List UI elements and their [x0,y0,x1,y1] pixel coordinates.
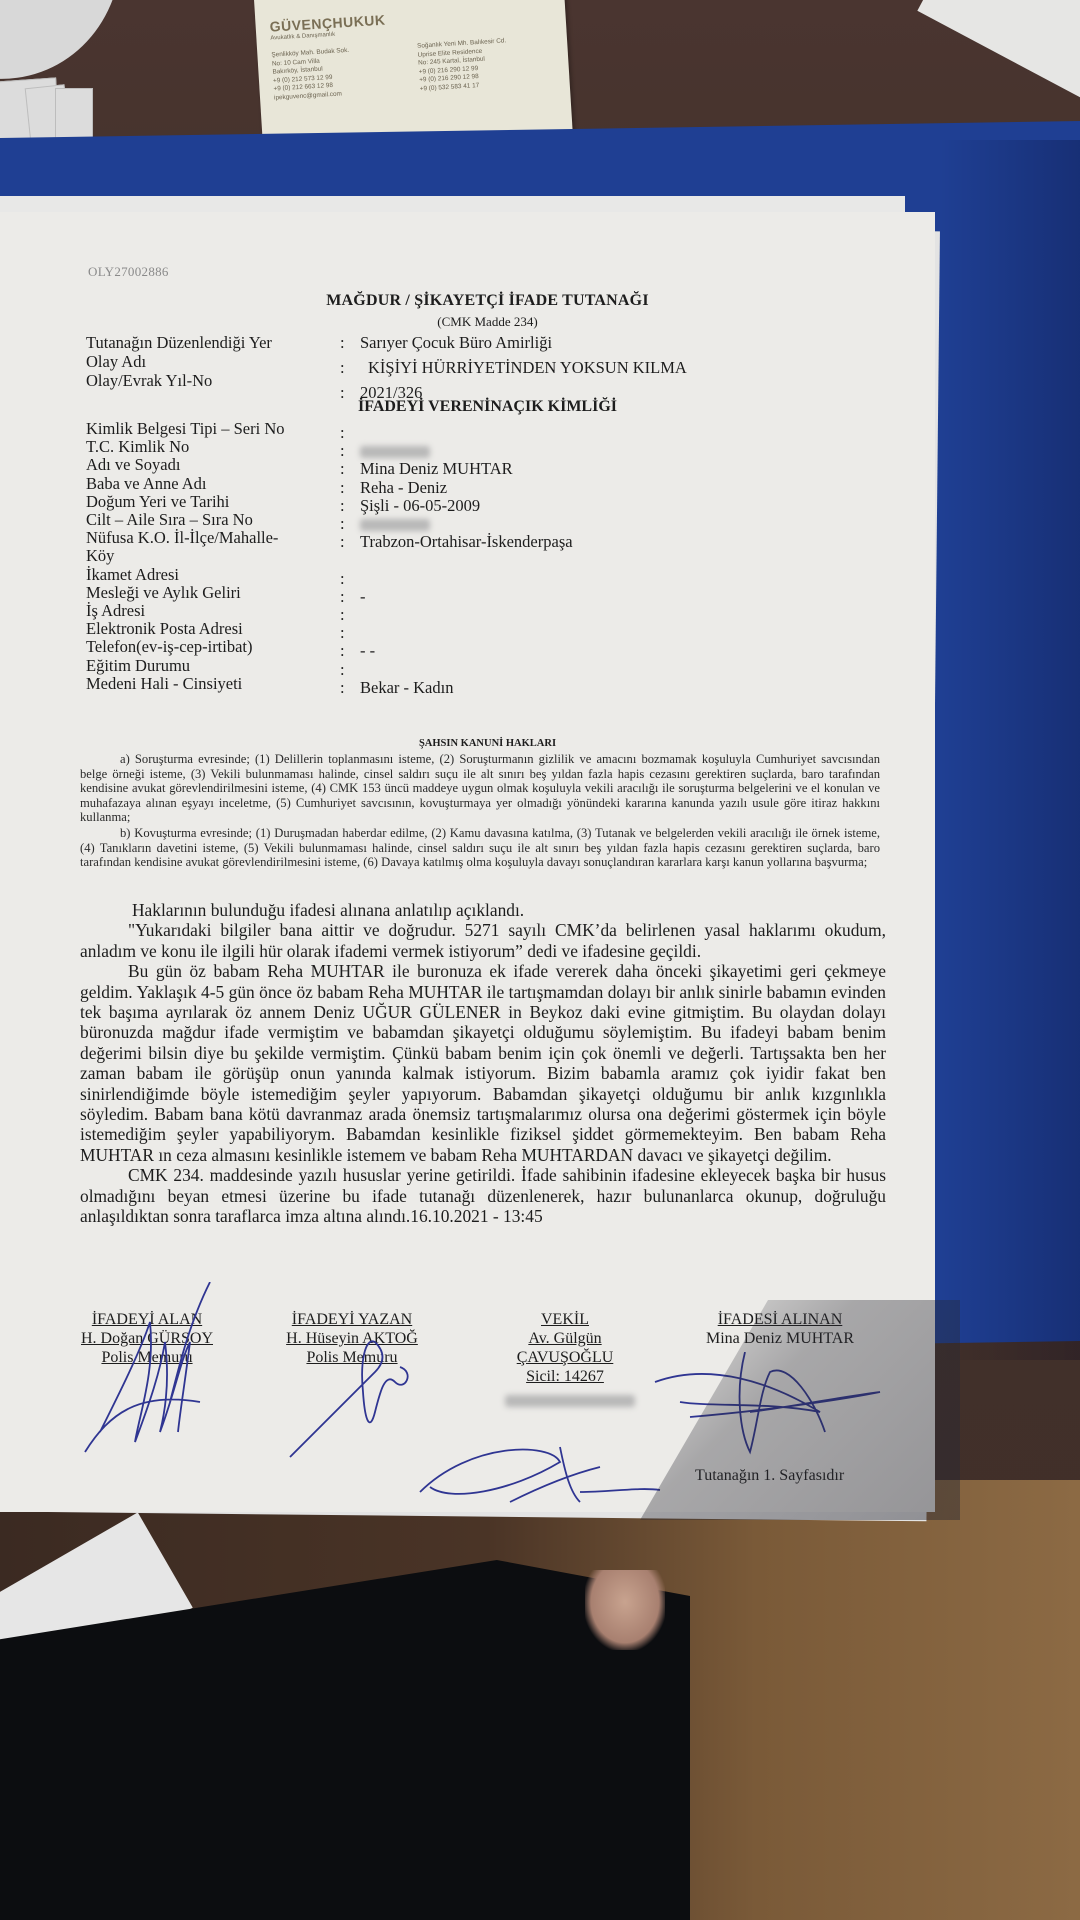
signatory-name: H. Doğan GÜRSOY [72,1329,222,1348]
statement-paragraph: CMK 234. maddesinde yazılı hususlar yeri… [80,1165,886,1226]
field-label: Telefon(ev-iş-cep-irtibat) [86,638,253,656]
signatory-name: ÇAVUŞOĞLU [505,1348,625,1367]
field-value: Sarıyer Çocuk Büro Amirliği [360,334,552,352]
identity-field-row: Köy [86,547,866,567]
document-subtitle: (CMK Madde 234) [0,314,935,330]
field-label: Eğitim Durumu [86,657,190,675]
identity-field-row: Medeni Hali - Cinsiyeti:Bekar - Kadın [86,675,866,695]
card-office-right: Soğanlık Yeni Mh. Balıkesir Cd. Uprise E… [417,35,550,94]
field-label: Nüfusa K.O. İl-İlçe/Mahalle- [86,529,278,547]
identity-field-row: Nüfusa K.O. İl-İlçe/Mahalle-:Trabzon-Ort… [86,529,866,549]
identity-field-row: Kimlik Belgesi Tipi – Seri No: [86,420,866,440]
field-label: Elektronik Posta Adresi [86,620,243,638]
field-label: İş Adresi [86,602,145,620]
signatory-name: Av. Gülgün [505,1329,625,1348]
statement-body: Haklarının bulunduğu ifadesi alınana anl… [80,900,886,1227]
statement-paragraph: Haklarının bulunduğu ifadesi alınana anl… [80,900,886,920]
signatory-name: H. Hüseyin AKTOĞ [272,1329,432,1348]
rights-paragraph-a: a) Soruşturma evresinde; (1) Delillerin … [80,752,880,825]
identity-field-row: Telefon(ev-iş-cep-irtibat):- - [86,638,866,658]
field-label: Medeni Hali - Cinsiyeti [86,675,242,693]
signatory-taker: İFADEYİ ALAN H. Doğan GÜRSOY Polis Memur… [72,1310,222,1367]
field-label: Tutanağın Düzenlendiği Yer [86,334,272,352]
document-reference-id: OLY27002886 [88,264,169,280]
signatory-role: İFADEYİ ALAN [72,1310,222,1329]
identity-section-title: İFADEYİ VERENİNAÇIK KİMLİĞİ [0,398,935,416]
foot [585,1570,665,1650]
signature-taker [80,1282,230,1462]
loose-paper [917,0,1080,133]
business-card: Kurucu Avukat GÜVENÇHUKUK Avukatlık & Da… [253,0,572,149]
statement-paragraph: Bu gün öz babam Reha MUHTAR ile buronuza… [80,961,886,1165]
rights-text: a) Soruşturma evresinde; (1) Delillerin … [80,752,880,825]
field-row-file-no: Olay/Evrak Yıl-No : 2021/326 [86,372,866,392]
folder-shade [940,140,1080,1360]
signatory-writer: İFADEYİ YAZAN H. Hüseyin AKTOĞ Polis Mem… [272,1310,432,1367]
signature-attorney [410,1432,670,1512]
field-label: İkamet Adresi [86,566,179,584]
rights-paragraph-b: b) Kovuşturma evresinde; (1) Duruşmadan … [80,826,880,870]
signatory-title: Polis Memuru [72,1348,222,1367]
field-row-event-name: Olay Adı : KİŞİYİ HÜRRİYETİNDEN YOKSUN K… [86,353,866,373]
field-label: T.C. Kimlik No [86,438,189,456]
field-label: Kimlik Belgesi Tipi – Seri No [86,420,284,438]
field-label: Adı ve Soyadı [86,456,180,474]
rights-text: b) Kovuşturma evresinde; (1) Duruşmadan … [80,826,880,870]
field-label: Doğum Yeri ve Tarihi [86,493,229,511]
rights-title: ŞAHSIN KANUNİ HAKLARI [0,738,935,749]
field-row-place: Tutanağın Düzenlendiği Yer : Sarıyer Çoc… [86,334,866,354]
field-colon: : [340,334,345,352]
identity-field-row: Mesleği ve Aylık Geliri:- [86,584,866,604]
identity-field-row: T.C. Kimlik No: [86,438,866,458]
field-label: Olay/Evrak Yıl-No [86,372,212,390]
statement-paragraph: "Yukarıdaki bilgiler bana aittir ve doğr… [80,920,886,961]
signatory-role: İFADEYİ YAZAN [272,1310,432,1329]
field-label: Cilt – Aile Sıra – Sıra No [86,511,253,529]
document-title: MAĞDUR / ŞİKAYETÇİ İFADE TUTANAĞI [0,292,935,310]
signatory-role: VEKİL [505,1310,625,1329]
redacted-phone [505,1395,635,1407]
field-label: Mesleği ve Aylık Geliri [86,584,241,602]
card-office-left: Şenlikköy Mah. Budak Sok. No: 10 Cam Vil… [271,44,404,103]
field-value: Bekar - Kadın [360,679,453,697]
field-label: Baba ve Anne Adı [86,475,207,493]
signatory-registry: Sicil: 14267 [505,1367,625,1386]
field-label: Köy [86,547,114,565]
signatory-title: Polis Memuru [272,1348,432,1367]
field-colon: : [340,679,345,697]
field-label: Olay Adı [86,353,146,371]
signatory-attorney: VEKİL Av. Gülgün ÇAVUŞOĞLU Sicil: 14267 [505,1310,625,1410]
